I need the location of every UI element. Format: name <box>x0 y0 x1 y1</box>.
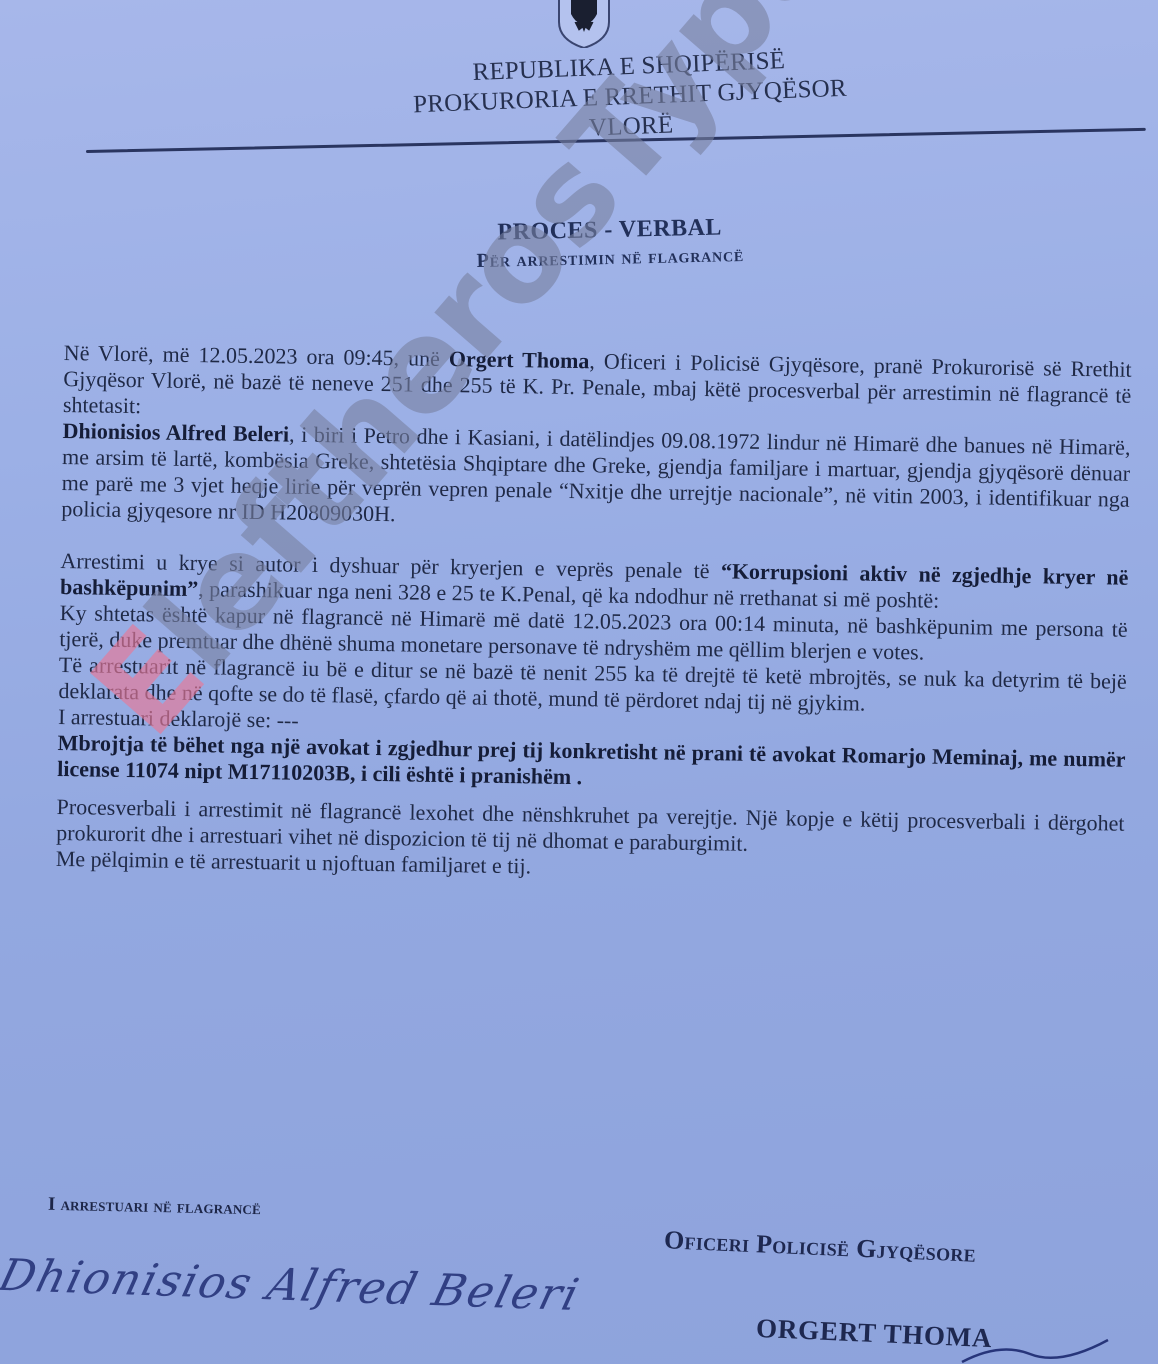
document-title: PROCES - VERBAL Për arrestimin në flagra… <box>359 209 860 276</box>
officer-signature-label: Oficeri Policisë Gjyqësore <box>663 1225 976 1269</box>
officer-signature-name: ORGERT THOMA <box>755 1313 993 1354</box>
arrestee-handwritten-signature: Dhionisios Alfred Beleri <box>0 1250 585 1321</box>
arrestee-signature-label: I arrestuari në flagrancë <box>48 1194 261 1220</box>
paragraph-suspect: Dhionisios Alfred Beleri, i biri i Petro… <box>61 418 1131 539</box>
document-page: REPUBLIKA E SHQIPËRISË PROKURORIA E RRET… <box>0 0 1158 1364</box>
institution-header: REPUBLIKA E SHQIPËRISË PROKURORIA E RRET… <box>299 39 962 154</box>
officer-name: Orgert Thoma <box>449 346 590 373</box>
officer-signature-stroke-icon <box>960 1336 1110 1364</box>
document-body: Në Vlorë, më 12.05.2023 ora 09:45, unë O… <box>56 340 1132 889</box>
albanian-eagle-emblem-icon <box>553 0 615 48</box>
suspect-name: Dhionisios Alfred Beleri <box>62 418 289 447</box>
